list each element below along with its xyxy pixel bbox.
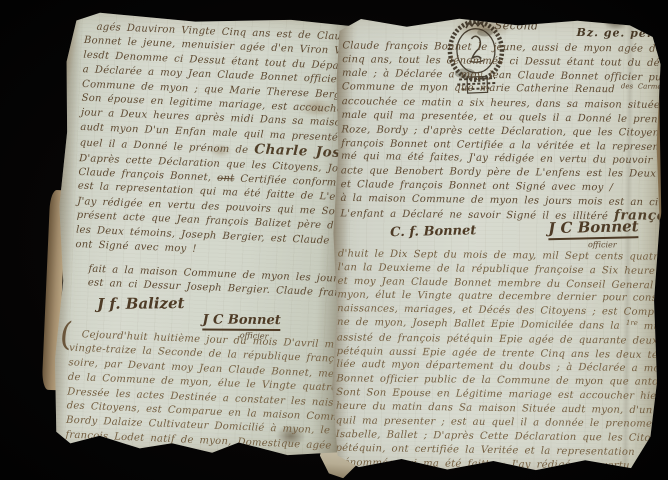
right-page-paragraph-2: d'huit le Dix Sept du mois de may, mil S… [335, 247, 663, 473]
right-page-sheet: Second Bz. ge. pe. Claude françois Bonne… [329, 15, 663, 473]
signature-title-officier-right: officier [588, 240, 617, 249]
left-page-sheet: agés Dauviron Vingte Cinq ans est de Cla… [47, 9, 355, 459]
right-page-paragraph-1: Claude françois Bonnet le jeune, aussi d… [340, 39, 662, 224]
archival-scan-background: agés Dauviron Vingte Cinq ans est de Cla… [0, 0, 668, 480]
left-page-paragraph-2: Cejourd'huit huitième jour du mois D'avr… [65, 328, 348, 455]
manuscript-line: quil ma presenter ; est au quel il a don… [336, 414, 663, 432]
left-page-paragraph-1: agés Dauviron Vingte Cinq ans est de Cla… [75, 20, 355, 264]
archival-corner-annotation: Bz. ge. pe. [577, 26, 652, 40]
signature-balizet: J f. Balizet [97, 294, 185, 313]
signature-jc-bonnet-right: J C Bonnet [548, 217, 639, 240]
manuscript-line: Dénommée qui ma été faitte ; J'ay rédigé… [335, 456, 663, 473]
signature-jc-bonnet-left: J C Bonnet [202, 313, 281, 332]
signature-cf-bonnet: C. f. Bonnet [390, 223, 477, 240]
